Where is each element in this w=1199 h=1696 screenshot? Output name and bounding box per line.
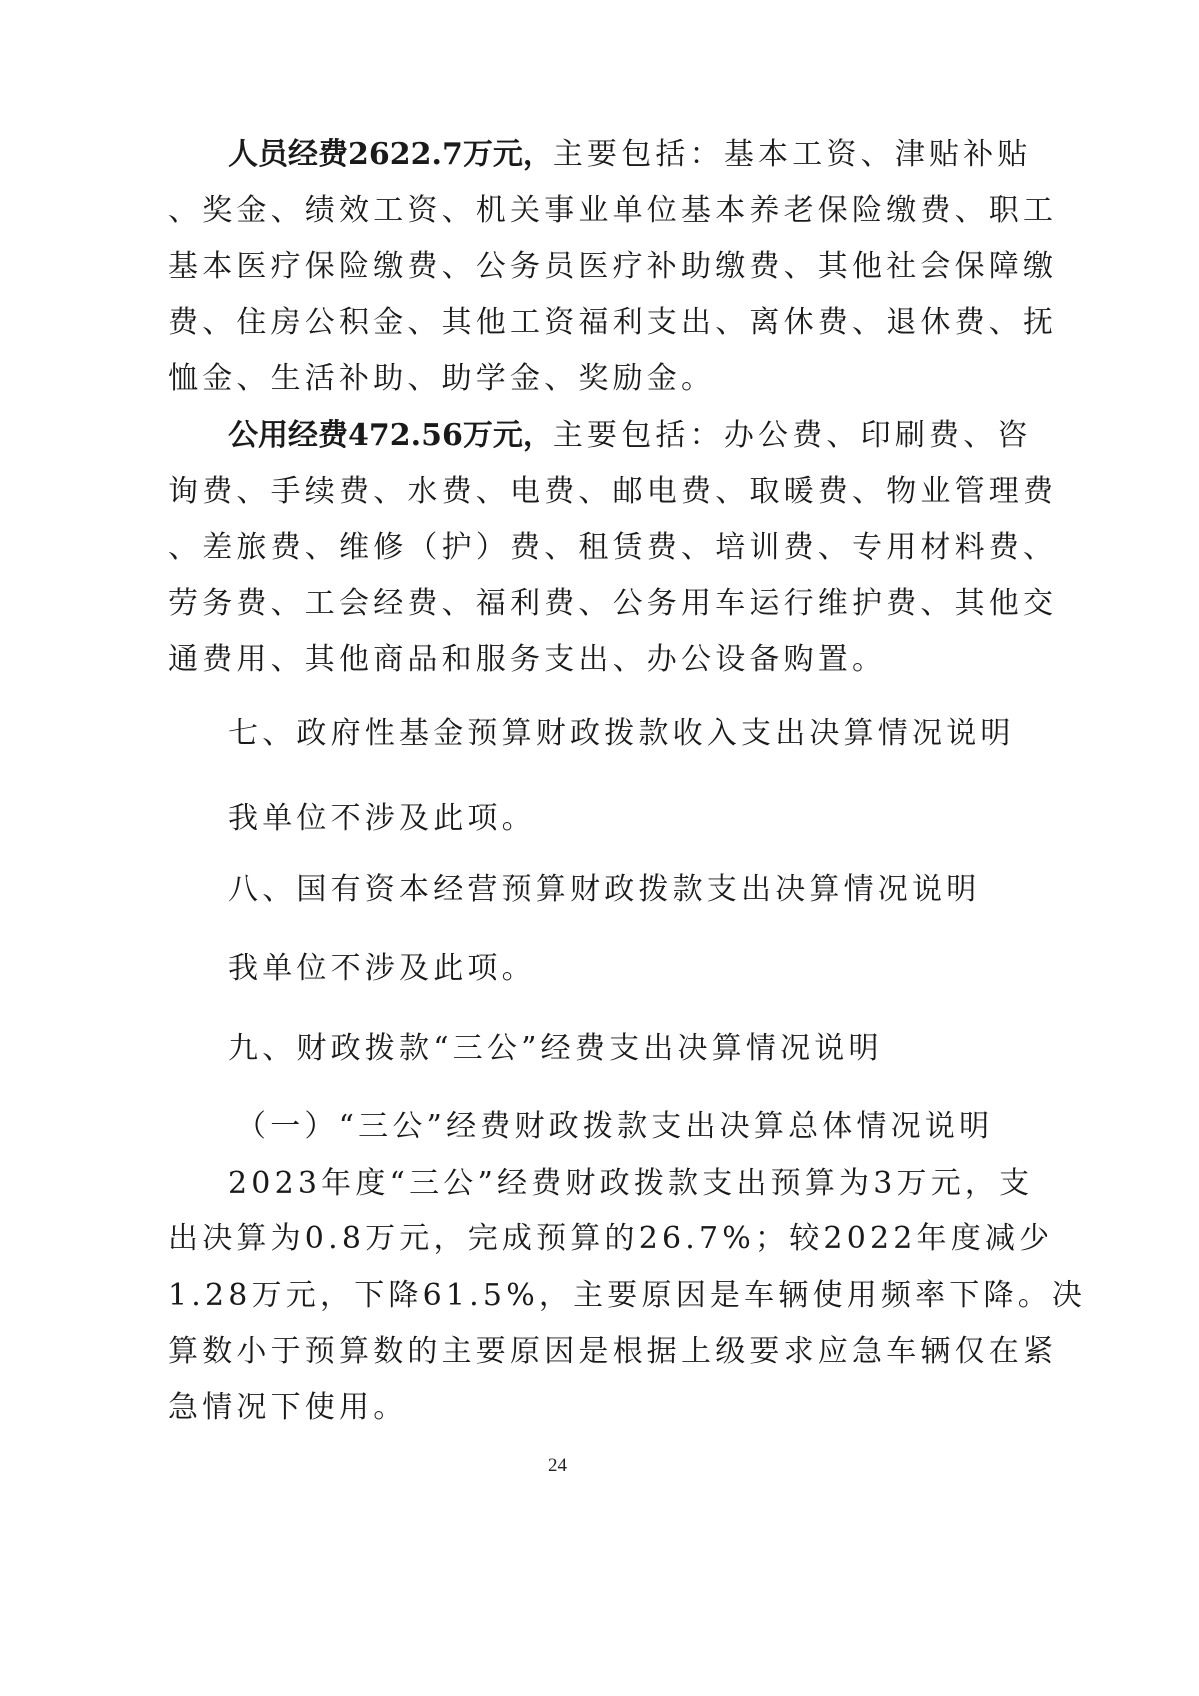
section8-heading: 八、国有资本经营预算财政拨款支出决算情况说明 [228,870,980,910]
section9-sub1-line-3: 1.28万元，下降61.5%，主要原因是车辆使用频率下降。决 [168,1276,1086,1316]
personnel-lead-rest: 主要包括：基本工资、津贴补贴 [553,137,1032,172]
public-para-line-1: 公用经费472.56万元，主要包括：办公费、印刷费、咨 [228,416,1032,456]
section9-heading: 九、财政拨款“三公”经费支出决算情况说明 [228,1029,883,1069]
personnel-lead-bold: 人员经费2622.7万元， [228,137,553,172]
personnel-para-line-4: 费、住房公积金、其他工资福利支出、离休费、退休费、抚 [168,303,1057,343]
public-lead-bold: 公用经费472.56万元， [228,418,553,453]
personnel-para-line-2: 、奖金、绩效工资、机关事业单位基本养老保险缴费、职工 [168,191,1057,231]
public-para-line-4: 劳务费、工会经费、福利费、公务用车运行维护费、其他交 [168,584,1057,624]
section9-sub1-heading: （一）“三公”经费财政拨款支出决算总体情况说明 [236,1107,993,1147]
public-para-line-2: 询费、手续费、水费、电费、邮电费、取暖费、物业管理费 [168,472,1057,512]
personnel-para-line-5: 恤金、生活补助、助学金、奖励金。 [168,359,715,399]
document-page: 人员经费2622.7万元，主要包括：基本工资、津贴补贴 、奖金、绩效工资、机关事… [0,0,1199,1696]
public-para-line-3: 、差旅费、维修（护）费、租赁费、培训费、专用材料费、 [168,528,1057,568]
personnel-para-line-1: 人员经费2622.7万元，主要包括：基本工资、津贴补贴 [228,135,1032,175]
section9-sub1-line-5: 急情况下使用。 [168,1388,407,1428]
section7-heading: 七、政府性基金预算财政拨款收入支出决算情况说明 [228,714,1015,754]
section8-body: 我单位不涉及此项。 [228,949,536,989]
public-lead-rest: 主要包括：办公费、印刷费、咨 [553,418,1032,453]
section9-sub1-line-2: 出决算为0.8万元，完成预算的26.7%；较2022年度减少 [168,1219,1053,1259]
public-para-line-5: 通费用、其他商品和服务支出、办公设备购置。 [168,640,886,680]
section7-body: 我单位不涉及此项。 [228,799,536,839]
section9-sub1-line-4: 算数小于预算数的主要原因是根据上级要求应急车辆仅在紧 [168,1332,1057,1372]
page-number: 24 [0,1455,1115,1477]
section9-sub1-line-1: 2023年度“三公”经费财政拨款支出预算为3万元，支 [228,1164,1033,1204]
personnel-para-line-3: 基本医疗保险缴费、公务员医疗补助缴费、其他社会保障缴 [168,247,1057,287]
